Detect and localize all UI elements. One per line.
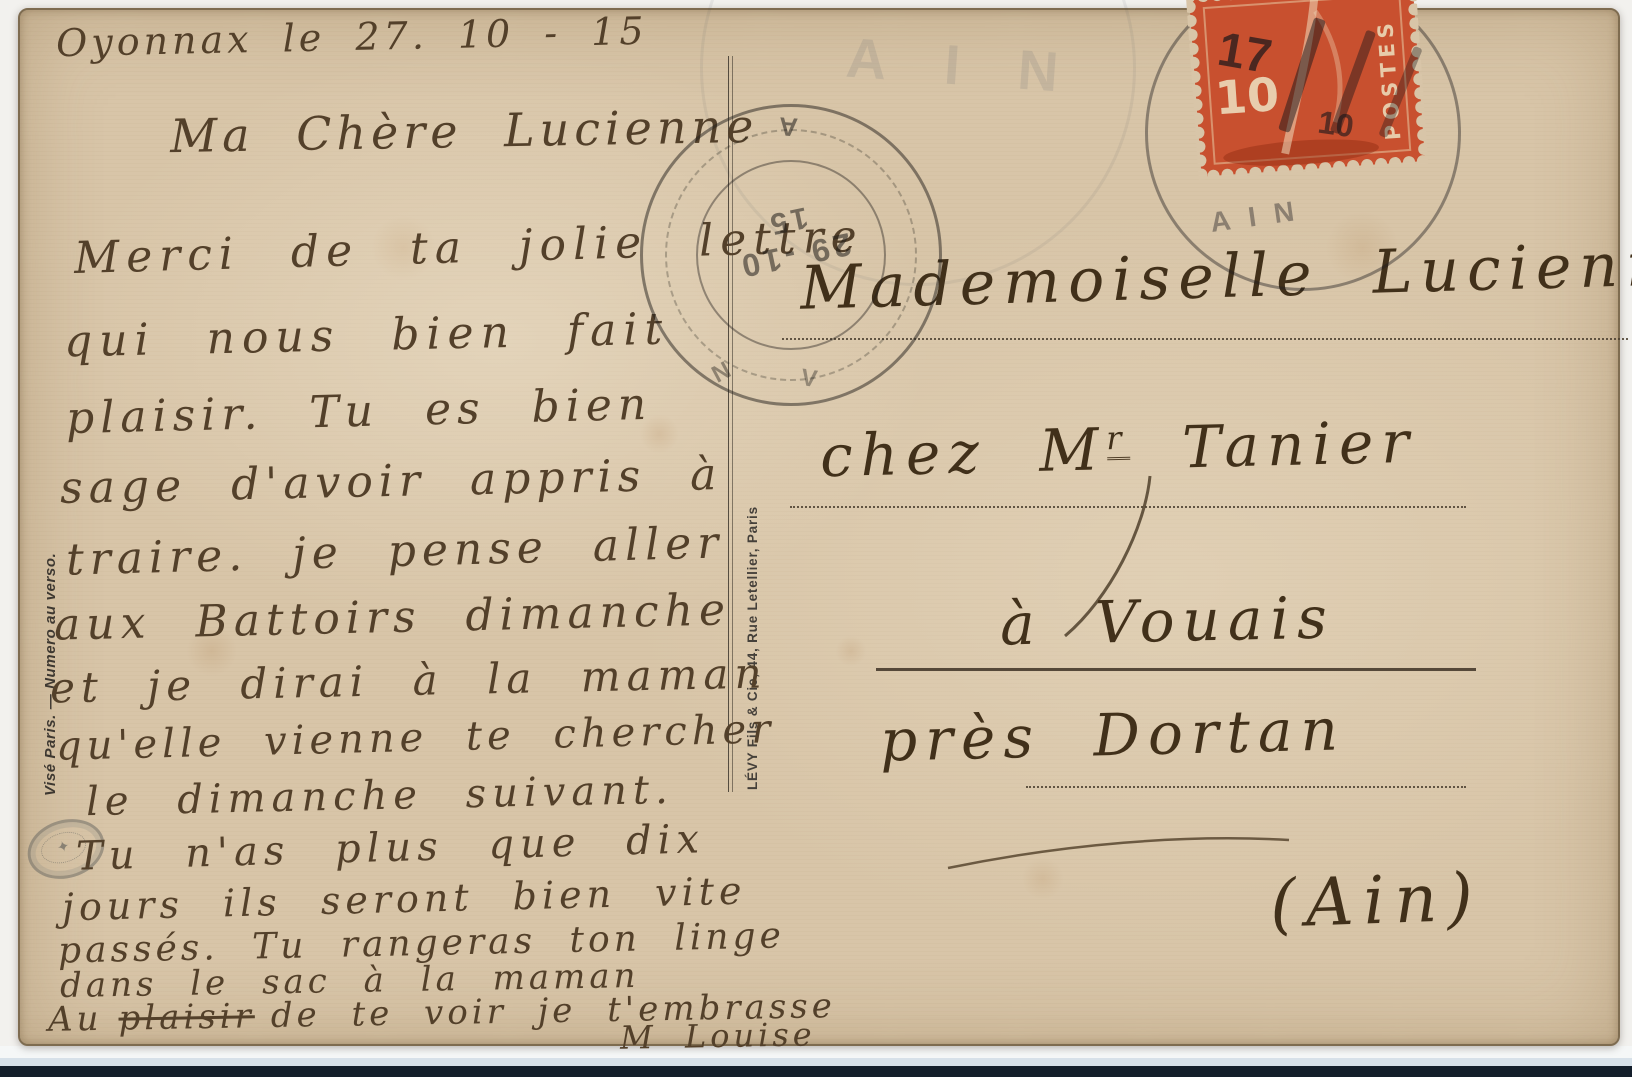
address-line-5: (Ain) bbox=[1269, 864, 1484, 937]
address-rule-3 bbox=[876, 668, 1476, 671]
scan-margin-blue bbox=[0, 1058, 1632, 1066]
closing-struck-word: plaisir bbox=[118, 996, 255, 1038]
stamp-postmark-letters: AIN bbox=[1208, 193, 1314, 239]
salutation: Ma Chère Lucienne bbox=[170, 103, 759, 159]
signature: M Louise bbox=[620, 1018, 816, 1053]
address-rule-4 bbox=[1026, 786, 1466, 788]
address-line-3: à Vouais bbox=[999, 589, 1335, 654]
address-line-4: près Dortan bbox=[879, 700, 1346, 769]
center-postmark: A N V 29 -10 15 bbox=[640, 104, 942, 406]
address-line2-sup: r bbox=[1106, 418, 1130, 460]
center-postmark-ring-letter: V bbox=[799, 364, 819, 394]
cancel-hour: 17 bbox=[1214, 22, 1276, 85]
message-line: le dimanche suivant. bbox=[86, 770, 674, 822]
center-postmark-ring-letter: A bbox=[778, 110, 799, 142]
dateline: Oyonnax le 27. 10 - 15 bbox=[56, 12, 648, 62]
message-line: qui nous bien fait bbox=[64, 308, 670, 365]
address-line2-name: Tanier bbox=[1181, 408, 1417, 482]
scan-edge-dark bbox=[0, 1066, 1632, 1077]
postcard-scan: AIN Visé Paris. — Numero au verso. LÉVY … bbox=[0, 0, 1632, 1077]
underline-flourish bbox=[945, 826, 1295, 876]
closing-pre: Au bbox=[48, 999, 103, 1040]
